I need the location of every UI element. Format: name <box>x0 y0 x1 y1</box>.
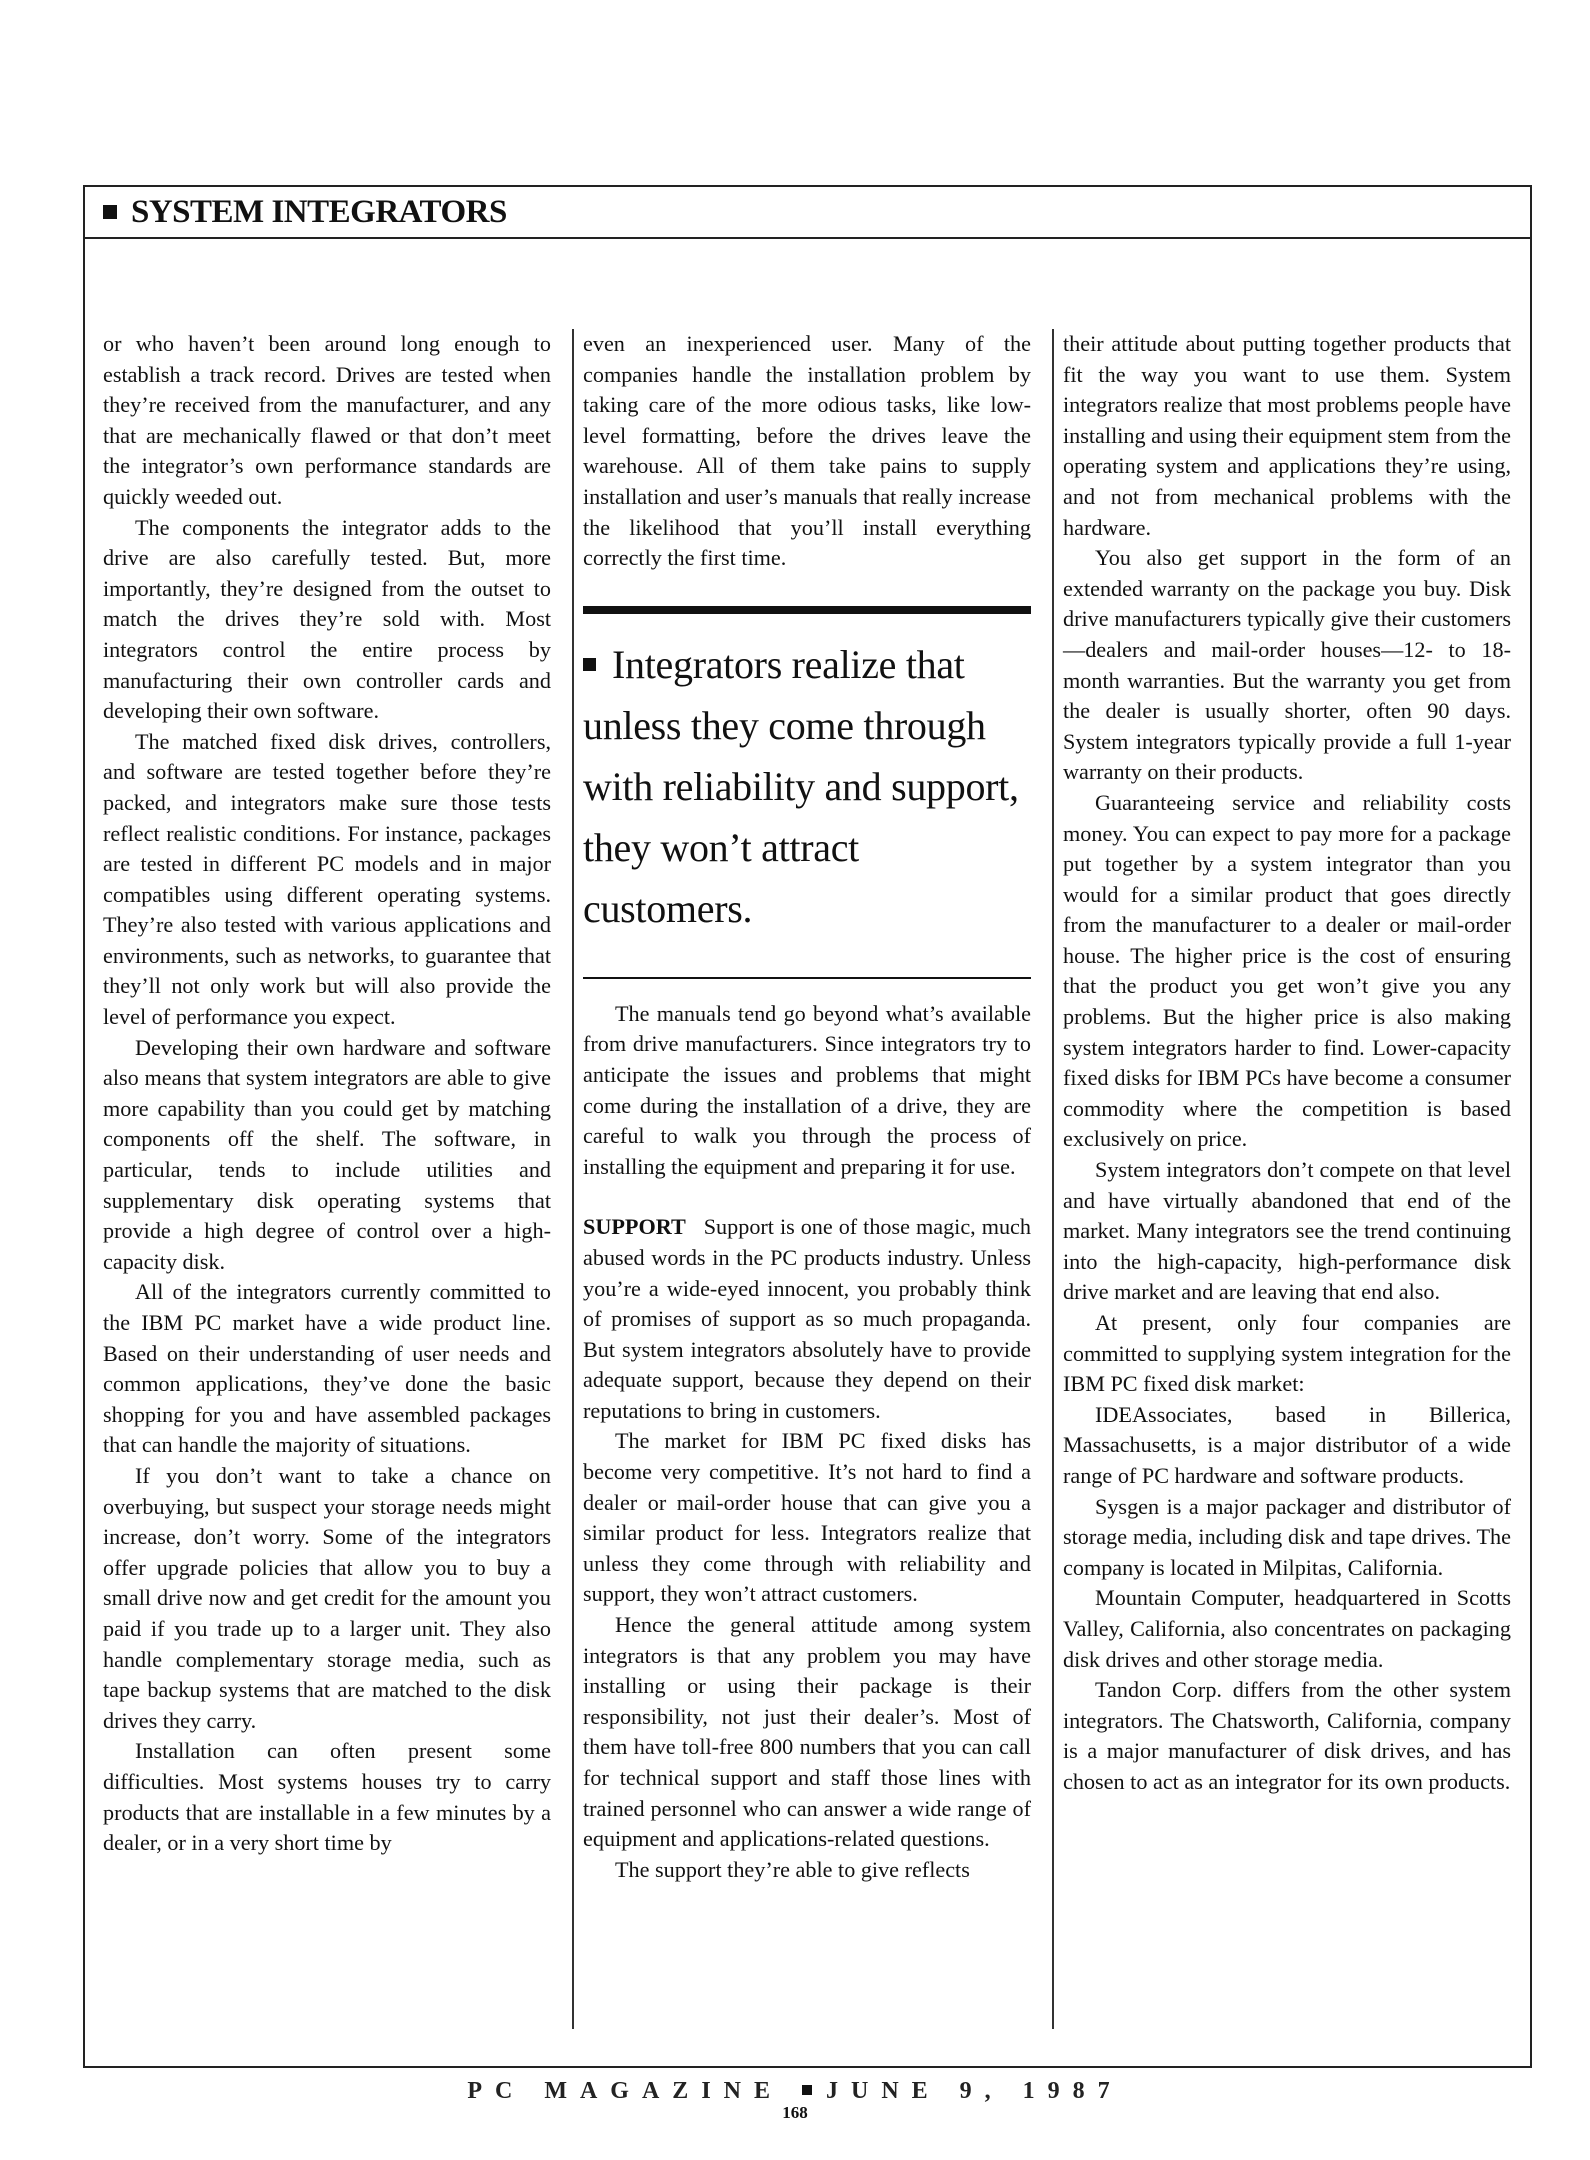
paragraph: The components the integrator adds to th… <box>103 513 551 727</box>
paragraph: Tandon Corp. differs from the other syst… <box>1063 1675 1511 1797</box>
article-frame: SYSTEM INTEGRATORS or who haven’t been a… <box>83 185 1532 2068</box>
paragraph: or who haven’t been around long enough t… <box>103 329 551 513</box>
paragraph: IDEAssociates, based in Billerica, Massa… <box>1063 1400 1511 1492</box>
paragraph: their attitude about putting together pr… <box>1063 329 1511 543</box>
column-3: their attitude about putting together pr… <box>1063 329 1511 1798</box>
paragraph: Developing their own hardware and softwa… <box>103 1033 551 1278</box>
pull-quote: Integrators realize that unless they com… <box>583 606 1031 979</box>
publication-name: PC MAGAZINE <box>467 2078 783 2104</box>
column-1: or who haven’t been around long enough t… <box>103 329 551 1859</box>
issue-date: JUNE 9, 1987 <box>826 2078 1123 2104</box>
paragraph: All of the integrators currently committ… <box>103 1277 551 1461</box>
paragraph: The manuals tend go beyond what’s availa… <box>583 999 1031 1183</box>
paragraph: The market for IBM PC fixed disks has be… <box>583 1426 1031 1610</box>
pull-quote-text: Integrators realize that unless they com… <box>583 642 1019 931</box>
pull-quote-bottom-rule <box>583 977 1031 979</box>
paragraph: Guaranteeing service and reliability cos… <box>1063 788 1511 1155</box>
paragraph: The support they’re able to give reflect… <box>583 1855 1031 1886</box>
paragraph: The matched fixed disk drives, controlle… <box>103 727 551 1033</box>
paragraph: If you don’t want to take a chance on ov… <box>103 1461 551 1736</box>
section-title: SYSTEM INTEGRATORS <box>131 194 507 231</box>
paragraph-text: Support is one of those magic, much abus… <box>583 1214 1031 1423</box>
column-rule <box>572 329 574 2029</box>
paragraph: At present, only four companies are comm… <box>1063 1308 1511 1400</box>
subhead-support: SUPPORT <box>583 1214 686 1239</box>
paragraph: Hence the general attitude among system … <box>583 1610 1031 1855</box>
square-bullet-icon <box>583 658 596 671</box>
paragraph: System integrators don’t compete on that… <box>1063 1155 1511 1308</box>
paragraph: Sysgen is a major packager and distribut… <box>1063 1492 1511 1584</box>
page-number: 168 <box>0 2103 1590 2123</box>
paragraph: even an inexperienced user. Many of the … <box>583 329 1031 574</box>
square-bullet-icon <box>802 2085 812 2095</box>
column-2: even an inexperienced user. Many of the … <box>583 329 1031 1885</box>
section-header: SYSTEM INTEGRATORS <box>85 187 1530 239</box>
square-bullet-icon <box>103 205 117 219</box>
subhead-paragraph: SUPPORT Support is one of those magic, m… <box>583 1212 1031 1426</box>
pull-quote-top-rule <box>583 606 1031 614</box>
page-footer: PC MAGAZINE JUNE 9, 1987 168 <box>0 2078 1590 2123</box>
paragraph: Installation can often present some diff… <box>103 1736 551 1858</box>
paragraph: Mountain Computer, headquartered in Scot… <box>1063 1583 1511 1675</box>
paragraph: You also get support in the form of an e… <box>1063 543 1511 788</box>
column-rule <box>1052 329 1054 2029</box>
